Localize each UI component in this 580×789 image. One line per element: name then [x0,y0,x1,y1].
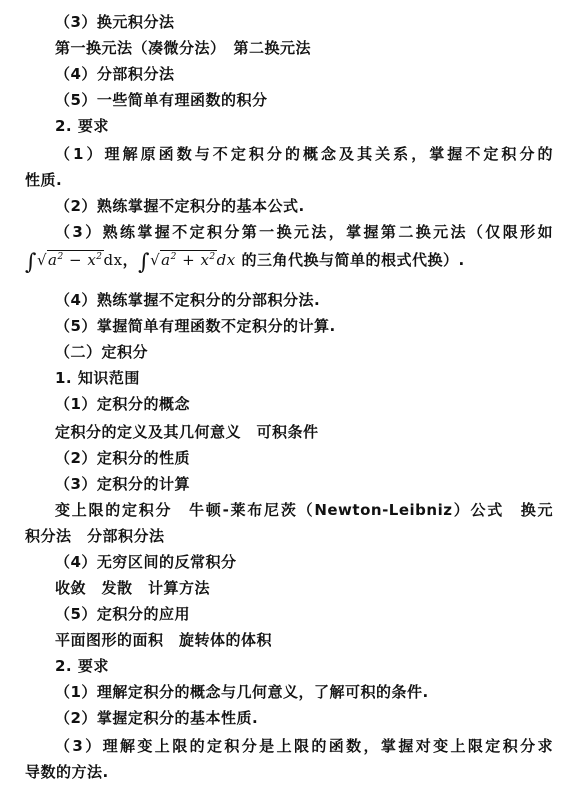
requirement-3-formula-line: ∫√a2 − x2dx，∫√a2 + x2dx 的三角代换与简单的根式代换）. [25,250,553,270]
subsection-improper-integral: （4）无穷区间的反常积分 [55,552,553,572]
calculation-details: 变上限的定积分 牛顿-莱布尼茨（Newton-Leibniz）公式 换元 [55,500,553,520]
subsection-applications: （5）定积分的应用 [55,604,553,624]
applications-details: 平面图形的面积 旋转体的体积 [55,630,553,650]
integral-formula-1: ∫√a2 − x2dx [25,251,123,269]
substitution-methods: 第一换元法（凑微分法） 第二换元法 [55,38,553,58]
subsection-properties: （2）定积分的性质 [55,448,553,468]
requirement-3: （3）熟练掌握不定积分第一换元法，掌握第二换元法（仅限形如 [55,222,553,242]
subsection-substitution-integration: （3）换元积分法 [55,12,553,32]
subsection-rational-functions: （5）一些简单有理函数的积分 [55,90,553,110]
improper-integral-details: 收敛 发散 计算方法 [55,578,553,598]
definite-requirement-3: （3）理解变上限的定积分是上限的函数，掌握对变上限定积分求 [55,736,553,756]
requirements-heading-2: 2. 要求 [55,656,553,676]
subsection-concept: （1）定积分的概念 [55,394,553,414]
sqrt-sign-icon: √ [150,251,160,269]
integral-formula-2: ∫√a2 + x2dx [138,251,236,269]
section-definite-integral: （二）定积分 [55,342,553,362]
integral-sign-icon: ∫ [25,250,37,275]
subsection-integration-by-parts: （4）分部积分法 [55,64,553,84]
requirement-4: （4）熟练掌握不定积分的分部积分法. [55,290,553,310]
concept-details: 定积分的定义及其几何意义 可积条件 [55,422,553,442]
calculation-details-continued: 积分法 分部积分法 [25,526,553,546]
definite-requirement-2: （2）掌握定积分的基本性质. [55,708,553,728]
requirement-3-continued: 的三角代换与简单的根式代换）. [241,251,464,269]
integral-sign-icon: ∫ [138,250,150,275]
document-page: （3）换元积分法 第一换元法（凑微分法） 第二换元法 （4）分部积分法 （5）一… [0,0,580,789]
knowledge-scope-heading: 1. 知识范围 [55,368,553,388]
definite-requirement-1: （1）理解定积分的概念与几何意义，了解可积的条件. [55,682,553,702]
requirement-1: （1）理解原函数与不定积分的概念及其关系，掌握不定积分的 [55,144,553,164]
requirement-5: （5）掌握简单有理函数不定积分的计算. [55,316,553,336]
requirements-heading: 2. 要求 [55,116,553,136]
requirement-1-continued: 性质. [25,170,553,190]
subsection-calculation: （3）定积分的计算 [55,474,553,494]
sqrt-sign-icon: √ [37,251,47,269]
requirement-2: （2）熟练掌握不定积分的基本公式. [55,196,553,216]
definite-requirement-3-continued: 导数的方法. [25,762,553,782]
